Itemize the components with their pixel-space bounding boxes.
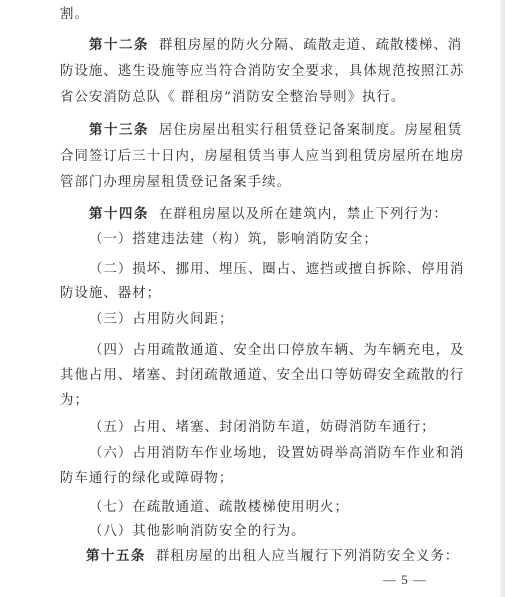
text-line: 防设施、器材； <box>60 285 438 303</box>
line-text: （四）占用疏散通道、安全出口停放车辆、为车辆充电，及 <box>89 343 464 358</box>
list-item-1: （一）搭建违法建（构）筑，影响消防安全； <box>89 231 438 249</box>
line-text: 管部门办理房屋租赁登记备案手续。 <box>60 175 291 190</box>
line-text: 防设施、器材； <box>60 286 161 301</box>
line-text: （三）占用防火间距； <box>89 312 233 327</box>
article-number: 第十五条 <box>86 548 146 564</box>
line-text: 省公安消防总队《 群租房”消防安全整治导则》执行。 <box>60 90 405 105</box>
line-text: 其他占用、堵塞、封闭疏散通道、安全出口等妨碍安全疏散的行 <box>60 368 464 383</box>
list-item-7: （七）在疏散通道、疏散楼梯使用明火； <box>89 499 438 517</box>
line-text: 在群租房屋以及所在建筑内，禁止下列行为： <box>159 207 448 222</box>
text-line: 防车通行的绿化或障碍物； <box>60 470 438 488</box>
text-line: 合同签订后三十日内，房屋租赁当事人应当到租赁房屋所在地房 <box>60 148 438 166</box>
line-text: （一）搭建违法建（构）筑，影响消防安全； <box>89 232 378 247</box>
article-14-heading-line: 第十四条在群租房屋以及所在建筑内，禁止下列行为： <box>89 205 438 223</box>
list-item-2: （二）损坏、挪用、埋压、圈占、遮挡或擅自拆除、停用消 <box>89 261 438 279</box>
line-text: 防车通行的绿化或障碍物； <box>60 471 233 486</box>
page-number: — 5 — <box>383 572 427 588</box>
line-text: （六）占用消防车作业场地，设置妨碍举高消防车作业和消 <box>89 446 464 461</box>
page-edge-shadow <box>500 0 505 597</box>
list-item-4: （四）占用疏散通道、安全出口停放车辆、为车辆充电，及 <box>89 342 438 360</box>
article-13-heading-line: 第十三条居住房屋出租实行租赁登记备案制度。房屋租赁 <box>89 121 438 139</box>
text-line: 为； <box>60 392 438 410</box>
line-text: 防设施、逃生设施等应当符合消防安全要求，具体规范按照江苏 <box>60 64 464 79</box>
line-text: （二）损坏、挪用、埋压、圈占、遮挡或擅自拆除、停用消 <box>89 262 464 277</box>
line-text: （八）其他影响消防安全的行为。 <box>89 524 306 539</box>
text-line: 省公安消防总队《 群租房”消防安全整治导则》执行。 <box>60 89 438 107</box>
text-line: 防设施、逃生设施等应当符合消防安全要求，具体规范按照江苏 <box>60 63 438 81</box>
text-line: 其他占用、堵塞、封闭疏散通道、安全出口等妨碍安全疏散的行 <box>60 367 438 385</box>
list-item-8: （八）其他影响消防安全的行为。 <box>89 523 438 541</box>
article-15-heading-line: 第十五条群租房屋的出租人应当履行下列消防安全义务： <box>86 547 438 565</box>
list-item-5: （五）占用、堵塞、封闭消防车道，妨碍消防车通行； <box>89 419 438 437</box>
line-text: 群租房屋的防火分隔、疏散走道、疏散楼梯、消 <box>159 38 462 53</box>
text-line: 割。 <box>60 6 438 24</box>
article-number: 第十四条 <box>89 206 149 222</box>
article-number: 第十二条 <box>89 37 149 53</box>
list-item-6: （六）占用消防车作业场地，设置妨碍举高消防车作业和消 <box>89 445 438 463</box>
line-text: 居住房屋出租实行租赁登记备案制度。房屋租赁 <box>159 123 462 138</box>
list-item-3: （三）占用防火间距； <box>89 311 438 329</box>
line-text: （五）占用、堵塞、封闭消防车道，妨碍消防车通行； <box>89 420 436 435</box>
line-text: 合同签订后三十日内，房屋租赁当事人应当到租赁房屋所在地房 <box>60 149 464 164</box>
line-text: 为； <box>60 393 89 408</box>
article-number: 第十三条 <box>89 122 149 138</box>
document-page: 割。 第十二条群租房屋的防火分隔、疏散走道、疏散楼梯、消 防设施、逃生设施等应当… <box>0 0 500 597</box>
article-12-heading-line: 第十二条群租房屋的防火分隔、疏散走道、疏散楼梯、消 <box>89 36 438 54</box>
line-text: 群租房屋的出租人应当履行下列消防安全义务： <box>156 549 459 564</box>
line-text: 割。 <box>60 7 89 22</box>
text-line: 管部门办理房屋租赁登记备案手续。 <box>60 174 438 192</box>
line-text: （七）在疏散通道、疏散楼梯使用明火； <box>89 500 349 515</box>
